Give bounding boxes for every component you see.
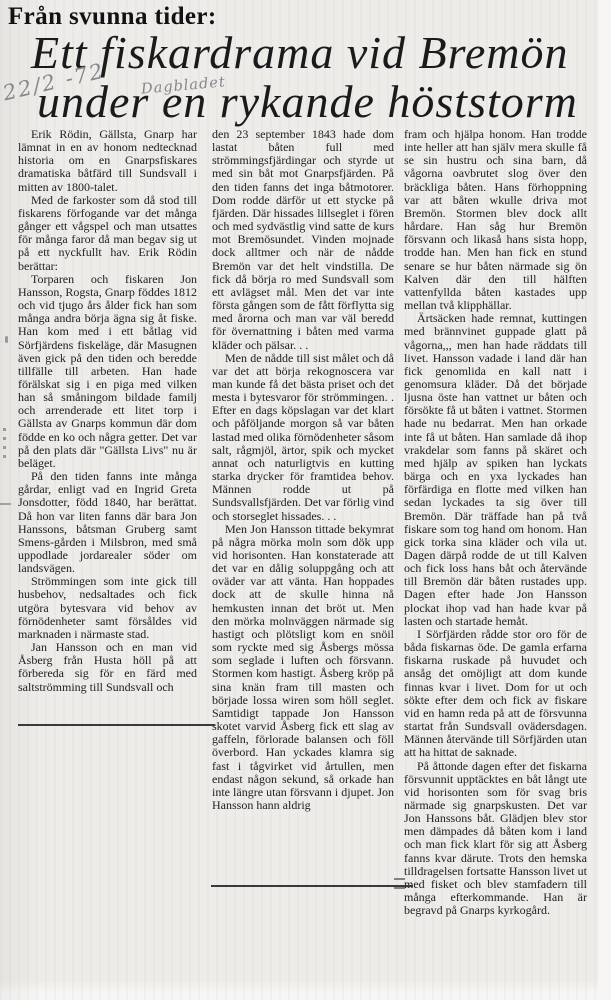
margin-scan-mark [5,336,8,343]
margin-scan-mark [0,503,11,505]
column-end-rule-1 [18,724,215,726]
article-paragraph: Erik Rödin, Gällsta, Gnarp har lämnat in… [18,128,197,194]
clipping-right-edge [598,0,611,1000]
headline-line-1: Ett fiskardrama vid Bremön [31,26,568,79]
margin-scan-mark [3,428,6,462]
article-column-3: fram och hjälpa honom. Han trodde inte h… [404,128,587,999]
article-column-2: den 23 september 1843 hade dom lastat bå… [212,128,394,885]
column-end-rule-2 [211,885,413,887]
article-paragraph: den 23 september 1843 hade dom lastat bå… [212,128,394,352]
article-paragraph: På åttonde dagen efter det fiskarna förs… [404,760,587,918]
article-paragraph: Med de farkoster som då stod till fiskar… [18,194,197,273]
article-column-1: Erik Rödin, Gällsta, Gnarp har lämnat in… [18,128,197,728]
article-paragraph: På den tiden fanns inte många gårdar, en… [18,470,197,575]
article-paragraph: fram och hjälpa honom. Han trodde inte h… [404,128,587,312]
article-paragraph: Jan Hansson och en man vid Åsberg från H… [18,641,197,694]
article-paragraph: Torparen och fiskaren Jon Hansson, Rogst… [18,273,197,470]
article-paragraph: Men Jon Hansson tittade bekymrat på någr… [212,523,394,812]
article-paragraph: Men de nådde till sist målet och då var … [212,352,394,523]
article-paragraph: Ärtsäcken hade remnat, kuttingen med brä… [404,312,587,628]
article-paragraph: I Sörfjärden rådde stor oro för de båda … [404,628,587,760]
article-paragraph: Strömmingen som inte gick till husbehov,… [18,575,197,641]
headline-line-2: under en rykande höststorm [37,75,578,128]
margin-scan-mark [394,878,405,889]
